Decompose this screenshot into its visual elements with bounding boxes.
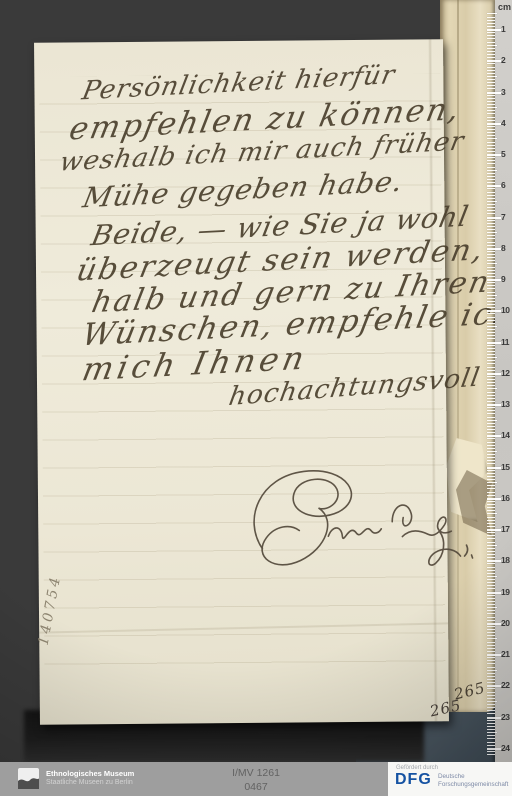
ruler-tick [487, 207, 495, 208]
ruler-tick [487, 482, 497, 483]
ruler-tick [487, 167, 495, 168]
ruler-tick [487, 32, 495, 33]
ruler-tick [487, 598, 495, 599]
ruler-tick [487, 270, 495, 271]
ruler-tick [487, 226, 495, 227]
ruler-tick [487, 388, 497, 389]
ruler-cm-label: 8 [501, 243, 512, 253]
ruler-tick [487, 420, 497, 421]
ruler-cm-label: 5 [501, 149, 512, 159]
ruler-tick [487, 326, 497, 327]
ruler-tick [487, 426, 495, 427]
ruler-tick [487, 95, 495, 96]
ruler-cm-label: 9 [501, 274, 512, 284]
ruler-tick [487, 513, 497, 514]
ruler-tick [487, 704, 495, 705]
ruler-tick [487, 682, 495, 683]
ruler-tick [487, 129, 495, 130]
ruler-tick [487, 517, 495, 518]
ruler-tick [487, 601, 495, 602]
ruler-tick [487, 267, 495, 268]
ruler-tick [487, 42, 495, 43]
ruler-tick [487, 376, 495, 377]
ruler-tick [487, 385, 495, 386]
scan-photo-area: 265 Persönlichkeit hierfür empfehlen zu … [0, 0, 512, 762]
ruler-tick [487, 595, 495, 596]
ruler-tick [487, 370, 495, 371]
ruler-tick [487, 232, 497, 233]
ruler-tick [487, 163, 495, 164]
ruler-tick [487, 73, 495, 74]
ruler-tick [487, 738, 495, 739]
ruler-tick [487, 335, 495, 336]
ruler-cm-label: 17 [501, 524, 512, 534]
ruler-cm-label: 11 [501, 337, 512, 347]
ruler-tick [487, 342, 501, 344]
ruler-tick [487, 476, 495, 477]
ruler-tick [487, 79, 495, 80]
ruler-cm-label: 4 [501, 118, 512, 128]
ruler-tick [487, 185, 501, 187]
ruler-tick [487, 485, 495, 486]
ruler-tick [487, 417, 495, 418]
ruler-tick [487, 545, 497, 546]
ruler-tick [487, 351, 495, 352]
ruler-tick [487, 654, 501, 656]
ruler-tick [487, 563, 495, 564]
ruler-tick [487, 413, 495, 414]
ruler-tick [487, 660, 495, 661]
ruler-background-strip [495, 0, 512, 762]
ruler-tick [487, 554, 495, 555]
ruler-tick [487, 448, 495, 449]
ruler-tick [487, 242, 495, 243]
ruler-tick [487, 735, 495, 736]
ruler-tick [487, 248, 501, 250]
ruler-cm-label: 20 [501, 618, 512, 628]
ruler-tick [487, 170, 497, 171]
ruler-tick [487, 392, 495, 393]
ruler-tick [487, 473, 495, 474]
ruler-tick [487, 407, 495, 408]
ruler-unit-label: cm [498, 2, 511, 12]
ruler-tick [487, 154, 501, 156]
ruler-cm-label: 12 [501, 368, 512, 378]
ruler-tick [487, 235, 495, 236]
ruler-tick [487, 729, 495, 730]
ruler-tick [487, 582, 495, 583]
ruler-tick [487, 379, 495, 380]
ruler-tick [487, 492, 495, 493]
ruler-tick [487, 479, 495, 480]
ruler-tick [487, 120, 495, 121]
ruler-tick [487, 460, 495, 461]
ruler-tick [487, 260, 495, 261]
ruler-tick [487, 467, 501, 469]
ruler-tick [487, 332, 495, 333]
ruler-tick [487, 510, 495, 511]
ruler-tick [487, 257, 495, 258]
ruler-tick [487, 688, 495, 689]
ruler-tick [487, 38, 495, 39]
ruler-cm-label: 6 [501, 180, 512, 190]
ruler-tick [487, 710, 495, 711]
ruler-tick [487, 542, 495, 543]
funder-name-line2: Forschungsgemeinschaft [438, 781, 508, 789]
ruler-tick [487, 573, 495, 574]
ruler-tick [487, 438, 495, 439]
ruler-tick [487, 142, 495, 143]
ruler-tick [487, 648, 495, 649]
ruler-tick [487, 304, 495, 305]
ruler-tick [487, 60, 501, 62]
ruler-tick [487, 498, 501, 500]
ruler-tick [487, 685, 501, 687]
ruler-tick [487, 210, 495, 211]
ruler-tick [487, 404, 501, 406]
ruler-tick [487, 57, 495, 58]
ruler-cm-label: 2 [501, 55, 512, 65]
ruler-tick [487, 138, 497, 139]
ruler-cm-label: 24 [501, 743, 512, 753]
ruler-tick [487, 532, 495, 533]
ruler-tick [487, 176, 495, 177]
ruler-tick [487, 113, 495, 114]
ruler-tick [487, 51, 495, 52]
ruler-tick [487, 526, 495, 527]
ruler-tick [487, 623, 501, 625]
ruler-tick [487, 23, 495, 24]
ruler-tick [487, 679, 495, 680]
ruler-tick [487, 367, 495, 368]
ruler-tick [487, 567, 495, 568]
ruler-tick [487, 151, 495, 152]
ruler-tick [487, 126, 495, 127]
ruler-tick [487, 726, 495, 727]
ruler-tick [487, 701, 497, 702]
ruler-tick [487, 495, 495, 496]
metadata-banner: Ethnologisches Museum Staatliche Museen … [0, 762, 512, 796]
signature-flourish [224, 459, 477, 591]
ruler-tick [487, 717, 501, 719]
ruler-tick [487, 238, 495, 239]
ruler-tick [487, 692, 495, 693]
ruler-tick [487, 29, 501, 31]
ruler-tick [487, 45, 497, 46]
ruler-tick [487, 338, 495, 339]
ruler-tick [487, 585, 495, 586]
ruler-tick [487, 13, 497, 14]
ruler-tick [487, 507, 495, 508]
dfg-logo: DFG [395, 771, 432, 789]
ruler-cm-label: 22 [501, 680, 512, 690]
ruler-tick [487, 220, 495, 221]
ruler-tick [487, 707, 495, 708]
ruler-tick [487, 745, 495, 746]
ruler-tick [487, 298, 495, 299]
ruler-tick [487, 201, 497, 202]
ruler-tick [487, 63, 495, 64]
ruler-tick [487, 195, 495, 196]
ruler-tick [487, 82, 495, 83]
ruler-tick [487, 329, 495, 330]
ruler-tick [487, 48, 495, 49]
ruler-tick [487, 607, 497, 608]
ruler-tick [487, 145, 495, 146]
ruler-tick [487, 445, 495, 446]
ruler-tick [487, 276, 495, 277]
ruler-tick [487, 313, 495, 314]
funder-name-line1: Deutsche [438, 773, 508, 781]
ruler-tick [487, 523, 495, 524]
ruler-tick [487, 188, 495, 189]
ruler-cm-label: 14 [501, 430, 512, 440]
ruler-tick [487, 642, 495, 643]
ruler-tick [487, 70, 495, 71]
ruler-tick [487, 423, 495, 424]
ruler-tick [487, 198, 495, 199]
ruler-tick [487, 551, 495, 552]
ruler-tick [487, 229, 495, 230]
ruler-tick [487, 310, 501, 312]
ruler-tick [487, 435, 501, 437]
ruler-tick [487, 432, 495, 433]
ruler-tick [487, 535, 495, 536]
ruler-tick [487, 301, 495, 302]
ruler-tick [487, 382, 495, 383]
ruler-tick [487, 213, 495, 214]
ruler-tick [487, 638, 497, 639]
ruler-tick [487, 410, 495, 411]
ruler-cm-label: 3 [501, 87, 512, 97]
ruler-tick [487, 179, 495, 180]
ruler-tick [487, 204, 495, 205]
ruler-tick [487, 348, 495, 349]
ruler-tick [487, 101, 495, 102]
ruler-tick [487, 273, 495, 274]
ruler-tick [487, 442, 495, 443]
ruler-tick [487, 501, 495, 502]
ruler-tick [487, 635, 495, 636]
ruler-tick [487, 670, 497, 671]
ruler-tick [487, 520, 495, 521]
ruler-tick [487, 307, 495, 308]
ruler-tick [487, 429, 495, 430]
ruler-tick [487, 667, 495, 668]
ruler-tick [487, 288, 495, 289]
ruler-tick [487, 645, 495, 646]
ruler-tick [487, 92, 501, 94]
ruler-tick [487, 132, 495, 133]
ruler-tick [487, 592, 501, 594]
ruler-tick [487, 626, 495, 627]
ruler-tick [487, 579, 495, 580]
ruler-tick [487, 504, 495, 505]
ruler-cm-label: 10 [501, 305, 512, 315]
ruler-tick [487, 217, 501, 219]
ruler-tick [487, 320, 495, 321]
ruler-tick [487, 657, 495, 658]
ruler-tick [487, 251, 495, 252]
ruler-tick [487, 245, 495, 246]
ruler-tick [487, 401, 495, 402]
ruler-tick [487, 360, 495, 361]
ruler-tick [487, 54, 495, 55]
ruler-tick [487, 617, 495, 618]
ruler-tick [487, 279, 501, 281]
ruler-cm-label: 1 [501, 24, 512, 34]
ruler-tick [487, 570, 495, 571]
ruler-tick [487, 354, 495, 355]
letter-page: Persönlichkeit hierfür empfehlen zu könn… [34, 39, 449, 725]
ruler-tick [487, 742, 495, 743]
ruler-tick [487, 373, 501, 375]
ruler-tick [487, 173, 495, 174]
ruler-tick [487, 254, 495, 255]
ruler-cm-label: 13 [501, 399, 512, 409]
ruler-cm-label: 16 [501, 493, 512, 503]
ruler-tick [487, 20, 495, 21]
ruler-tick [487, 282, 495, 283]
ruler-tick [487, 398, 495, 399]
ruler-tick [487, 363, 495, 364]
ruler-cm-label: 19 [501, 587, 512, 597]
ruler-tick [487, 663, 495, 664]
cm-ruler: cm 1234567891011121314151617181920212223… [485, 0, 512, 762]
ruler-tick [487, 67, 495, 68]
ruler-tick [487, 135, 495, 136]
ruler-tick [487, 323, 495, 324]
ruler-tick [487, 263, 497, 264]
ruler-tick [487, 451, 497, 452]
ruler-tick [487, 529, 501, 531]
ruler-tick [487, 588, 495, 589]
ruler-tick [487, 720, 495, 721]
ruler-tick [487, 632, 495, 633]
ruler-tick [487, 698, 495, 699]
ruler-tick [487, 673, 495, 674]
ruler-tick [487, 345, 495, 346]
ruler-tick [487, 463, 495, 464]
ruler-tick [487, 695, 495, 696]
ruler-cm-label: 23 [501, 712, 512, 722]
ruler-tick [487, 357, 497, 358]
ruler-tick [487, 88, 495, 89]
ruler-tick [487, 192, 495, 193]
ruler-tick [487, 613, 495, 614]
ruler-tick [487, 560, 501, 562]
ruler-tick [487, 751, 495, 752]
ruler-tick [487, 85, 495, 86]
ruler-tick [487, 395, 495, 396]
ruler-tick [487, 35, 495, 36]
ruler-tick [487, 295, 497, 296]
ruler-tick [487, 629, 495, 630]
ruler-tick [487, 160, 495, 161]
ruler-tick [487, 182, 495, 183]
funding-block: Gefördert durch DFG Deutsche Forschungsg… [388, 762, 512, 796]
ruler-tick [487, 538, 495, 539]
ruler-tick [487, 748, 501, 750]
ruler-tick [487, 732, 497, 733]
ruler-cm-label: 21 [501, 649, 512, 659]
funder-name: Deutsche Forschungsgemeinschaft [438, 773, 508, 788]
ruler-tick [487, 557, 495, 558]
ruler-tick [487, 110, 495, 111]
ruler-tick [487, 470, 495, 471]
ruler-tick [487, 713, 495, 714]
ruler-tick [487, 292, 495, 293]
ruler-cm-label: 15 [501, 462, 512, 472]
ruler-tick [487, 285, 495, 286]
ruler-tick [487, 17, 495, 18]
ruler-tick [487, 26, 495, 27]
ruler-tick [487, 148, 495, 149]
ruler-tick [487, 754, 495, 755]
ruler-cm-label: 7 [501, 212, 512, 222]
ruler-tick [487, 76, 497, 77]
ruler-tick [487, 157, 495, 158]
digitized-document-view: 265 Persönlichkeit hierfür empfehlen zu … [0, 0, 512, 796]
ruler-tick [487, 117, 495, 118]
ruler-tick [487, 104, 495, 105]
ruler-tick [487, 548, 495, 549]
ruler-tick [487, 317, 495, 318]
ruler-tick [487, 107, 497, 108]
ruler-tick [487, 576, 497, 577]
ruler-tick [487, 610, 495, 611]
ruler-tick [487, 488, 495, 489]
ruler-tick [487, 457, 495, 458]
ruler-tick [487, 223, 495, 224]
ruler-tick [487, 676, 495, 677]
ruler-tick [487, 604, 495, 605]
ruler-tick [487, 620, 495, 621]
ruler-tick [487, 123, 501, 125]
ruler-tick [487, 651, 495, 652]
ruler-tick [487, 454, 495, 455]
ruler-tick [487, 723, 495, 724]
ruler-cm-label: 18 [501, 555, 512, 565]
ruler-tick [487, 98, 495, 99]
